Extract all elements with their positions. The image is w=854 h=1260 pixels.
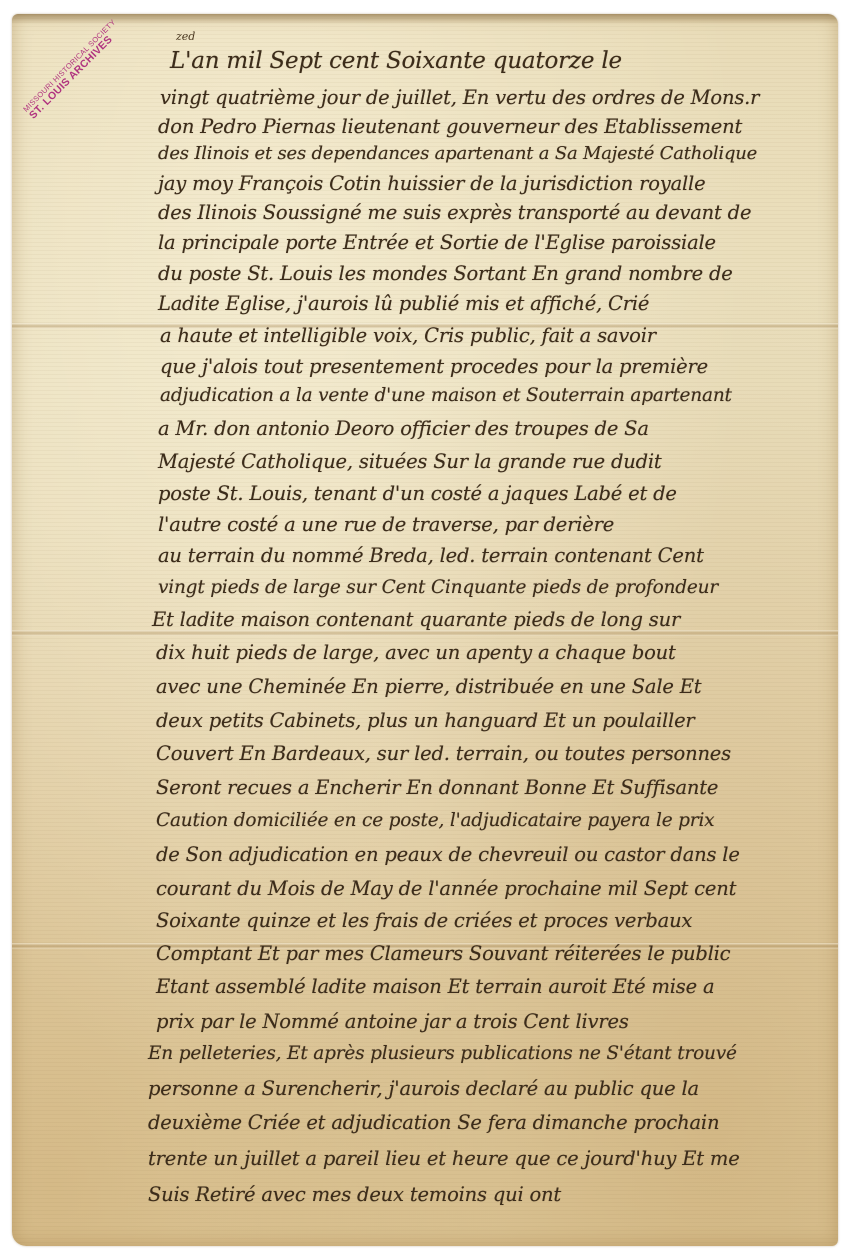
manuscript-line: Etant assemblé ladite maison Et terrain … [156, 975, 714, 998]
manuscript-line: poste St. Louis, tenant d'un costé a jaq… [158, 482, 677, 505]
manuscript-line: Soixante quinze et les frais de criées e… [156, 909, 692, 932]
manuscript-line: que j'alois tout presentement procedes p… [160, 355, 708, 378]
manuscript-line: avec une Cheminée En pierre, distribuée … [156, 675, 701, 698]
manuscript-line: Ladite Eglise, j'aurois lû publié mis et… [158, 292, 649, 315]
manuscript-text: L'an mil Sept cent Soixante quatorze le … [0, 0, 854, 1260]
manuscript-line: don Pedro Piernas lieutenant gouverneur … [158, 115, 742, 138]
manuscript-line: Et ladite maison contenant quarante pied… [152, 608, 680, 631]
manuscript-line: a Mr. don antonio Deoro officier des tro… [158, 417, 649, 440]
manuscript-line: Seront recues a Encherir En donnant Bonn… [156, 776, 718, 799]
manuscript-line: Couvert En Bardeaux, sur led. terrain, o… [156, 742, 731, 765]
manuscript-line: deux petits Cabinets, plus un hanguard E… [156, 709, 695, 732]
manuscript-line: L'an mil Sept cent Soixante quatorze le [170, 48, 622, 74]
manuscript-line: de Son adjudication en peaux de chevreui… [156, 843, 740, 866]
manuscript-line: En pelleteries, Et après plusieurs publi… [148, 1043, 737, 1064]
manuscript-line: des Ilinois Soussigné me suis exprès tra… [158, 201, 751, 224]
manuscript-line: jay moy François Cotin huissier de la ju… [158, 172, 705, 195]
manuscript-line: du poste St. Louis les mondes Sortant En… [158, 262, 733, 285]
manuscript-line: des Ilinois et ses dependances apartenan… [158, 143, 757, 164]
manuscript-line: prix par le Nommé antoine jar a trois Ce… [156, 1010, 629, 1033]
manuscript-line: vingt pieds de large sur Cent Cinquante … [158, 577, 718, 598]
manuscript-line: Caution domiciliée en ce poste, l'adjudi… [156, 810, 714, 831]
manuscript-line: au terrain du nommé Breda, led. terrain … [158, 544, 704, 567]
manuscript-line: dix huit pieds de large, avec un apenty … [156, 641, 676, 664]
manuscript-line: Suis Retiré avec mes deux temoins qui on… [148, 1183, 561, 1206]
manuscript-line: Majesté Catholique, situées Sur la grand… [158, 450, 662, 473]
manuscript-line: Comptant Et par mes Clameurs Souvant réi… [156, 942, 730, 965]
manuscript-line: personne a Surencherir, j'aurois declaré… [148, 1077, 699, 1100]
manuscript-line: vingt quatrième jour de juillet, En vert… [160, 86, 759, 109]
manuscript-line: adjudication a la vente d'une maison et … [160, 385, 732, 406]
manuscript-line: courant du Mois de May de l'année procha… [156, 877, 736, 900]
manuscript-line: trente un juillet a pareil lieu et heure… [148, 1147, 740, 1170]
manuscript-line: l'autre costé a une rue de traverse, par… [158, 513, 614, 536]
manuscript-line: deuxième Criée et adjudication Se fera d… [148, 1111, 719, 1134]
manuscript-line: la principale porte Entrée et Sortie de … [158, 231, 716, 254]
manuscript-line: a haute et intelligible voix, Cris publi… [160, 324, 656, 347]
